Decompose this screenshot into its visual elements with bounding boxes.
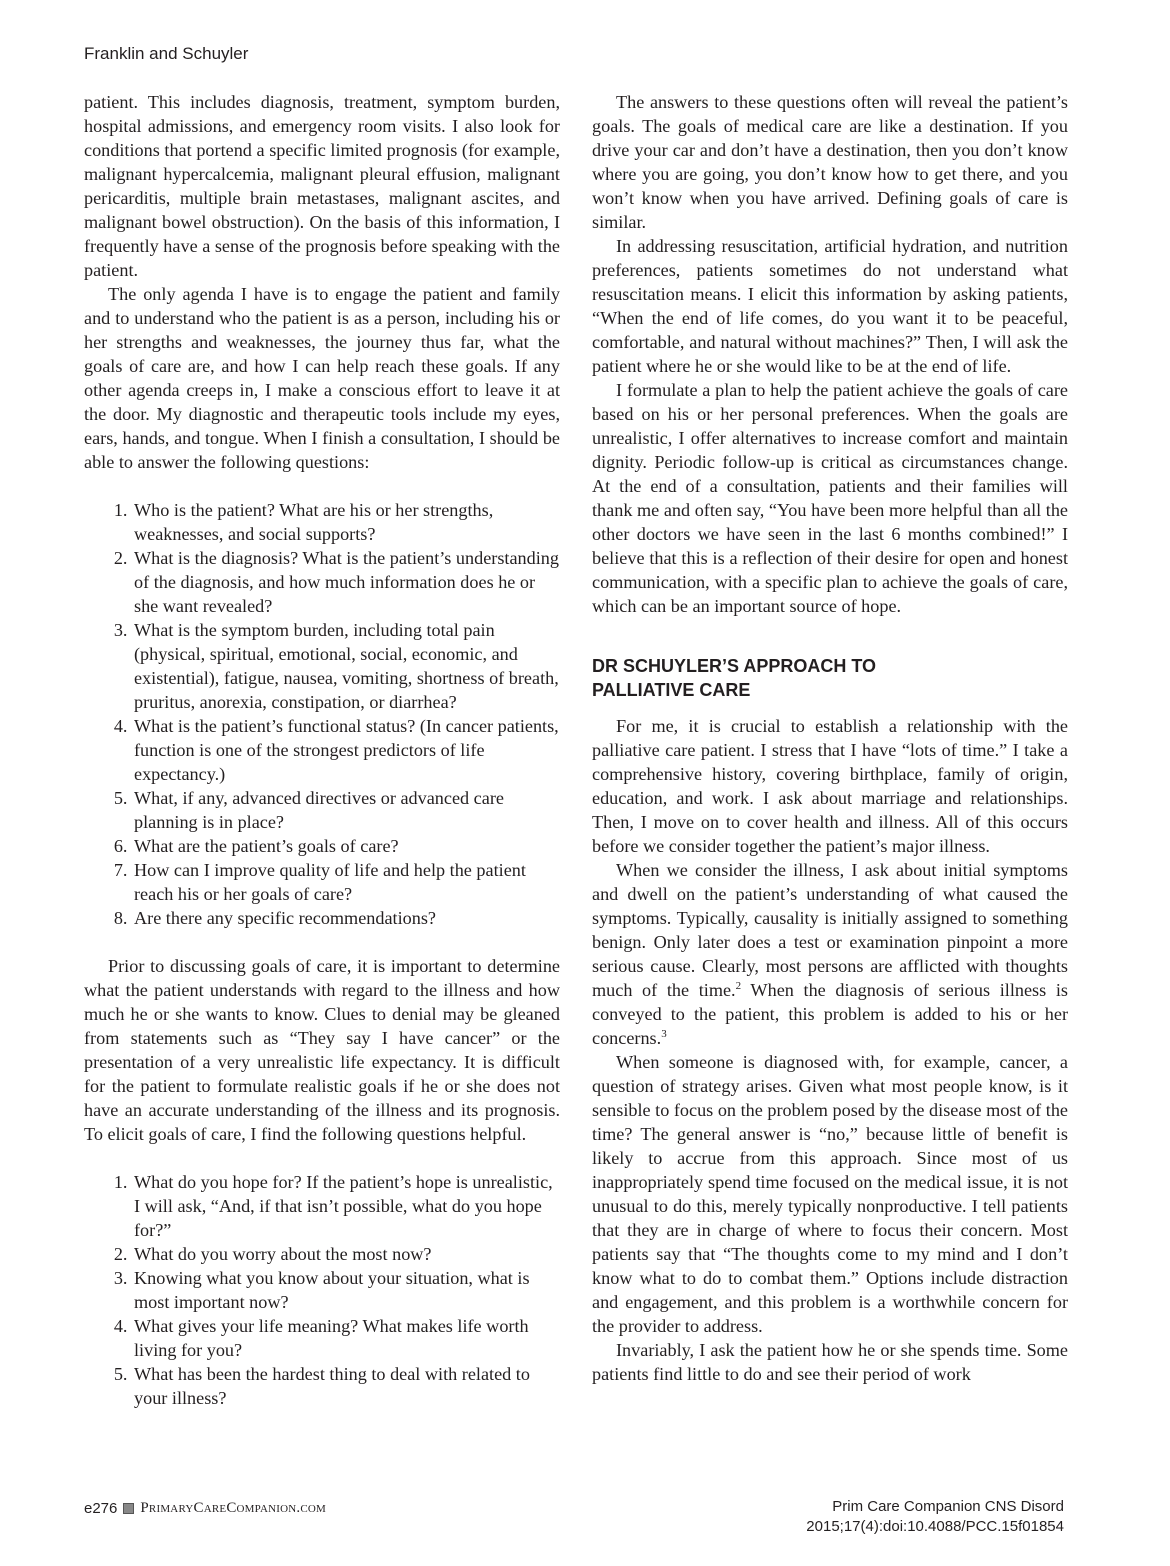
site-link[interactable]: PrimaryCareCompanion.com: [140, 1500, 326, 1517]
doi-citation: 2015;17(4):doi:10.4088/PCC.15f01854: [806, 1517, 1064, 1537]
footer-citation: Prim Care Companion CNS Disord 2015;17(4…: [806, 1497, 1064, 1537]
paragraph: Prior to discussing goals of care, it is…: [84, 954, 560, 1146]
list-item: What, if any, advanced directives or adv…: [132, 786, 560, 834]
list-item: Who is the patient? What are his or her …: [132, 498, 560, 546]
consultation-questions-list: Who is the patient? What are his or her …: [84, 498, 560, 930]
paragraph: I formulate a plan to help the patient a…: [592, 378, 1068, 618]
right-column: The answers to these questions often wil…: [592, 90, 1068, 1386]
journal-name: Prim Care Companion CNS Disord: [806, 1497, 1064, 1517]
list-item: What gives your life meaning? What makes…: [132, 1314, 560, 1362]
list-item: What is the symptom burden, including to…: [132, 618, 560, 714]
list-item: What do you hope for? If the patient’s h…: [132, 1170, 560, 1242]
square-bullet-icon: [123, 1503, 134, 1514]
footer-left: e276 PrimaryCareCompanion.com: [84, 1500, 326, 1517]
list-item: Knowing what you know about your situati…: [132, 1266, 560, 1314]
goals-of-care-questions-list: What do you hope for? If the patient’s h…: [84, 1170, 560, 1410]
list-item: Are there any specific recommendations?: [132, 906, 560, 930]
paragraph-text: When we consider the illness, I ask abou…: [592, 860, 1068, 1000]
running-head: Franklin and Schuyler: [84, 44, 248, 64]
list-item: What do you worry about the most now?: [132, 1242, 560, 1266]
paragraph: The answers to these questions often wil…: [592, 90, 1068, 234]
paragraph: patient. This includes diagnosis, treatm…: [84, 90, 560, 282]
reference-superscript[interactable]: 3: [661, 1028, 667, 1040]
paragraph: The only agenda I have is to engage the …: [84, 282, 560, 474]
paragraph: When we consider the illness, I ask abou…: [592, 858, 1068, 1050]
paragraph: When someone is diagnosed with, for exam…: [592, 1050, 1068, 1338]
section-heading-line: PALLIATIVE CARE: [592, 680, 750, 700]
paragraph: In addressing resuscitation, artificial …: [592, 234, 1068, 378]
left-column: patient. This includes diagnosis, treatm…: [84, 90, 560, 1434]
page-number: e276: [84, 1500, 117, 1517]
list-item: What has been the hardest thing to deal …: [132, 1362, 560, 1410]
section-heading-line: DR SCHUYLER’S APPROACH TO: [592, 656, 876, 676]
paragraph: For me, it is crucial to establish a rel…: [592, 714, 1068, 858]
section-heading: DR SCHUYLER’S APPROACH TO PALLIATIVE CAR…: [592, 654, 1068, 702]
list-item: How can I improve quality of life and he…: [132, 858, 560, 906]
list-item: What is the patient’s functional status?…: [132, 714, 560, 786]
paragraph: Invariably, I ask the patient how he or …: [592, 1338, 1068, 1386]
list-item: What is the diagnosis? What is the patie…: [132, 546, 560, 618]
list-item: What are the patient’s goals of care?: [132, 834, 560, 858]
